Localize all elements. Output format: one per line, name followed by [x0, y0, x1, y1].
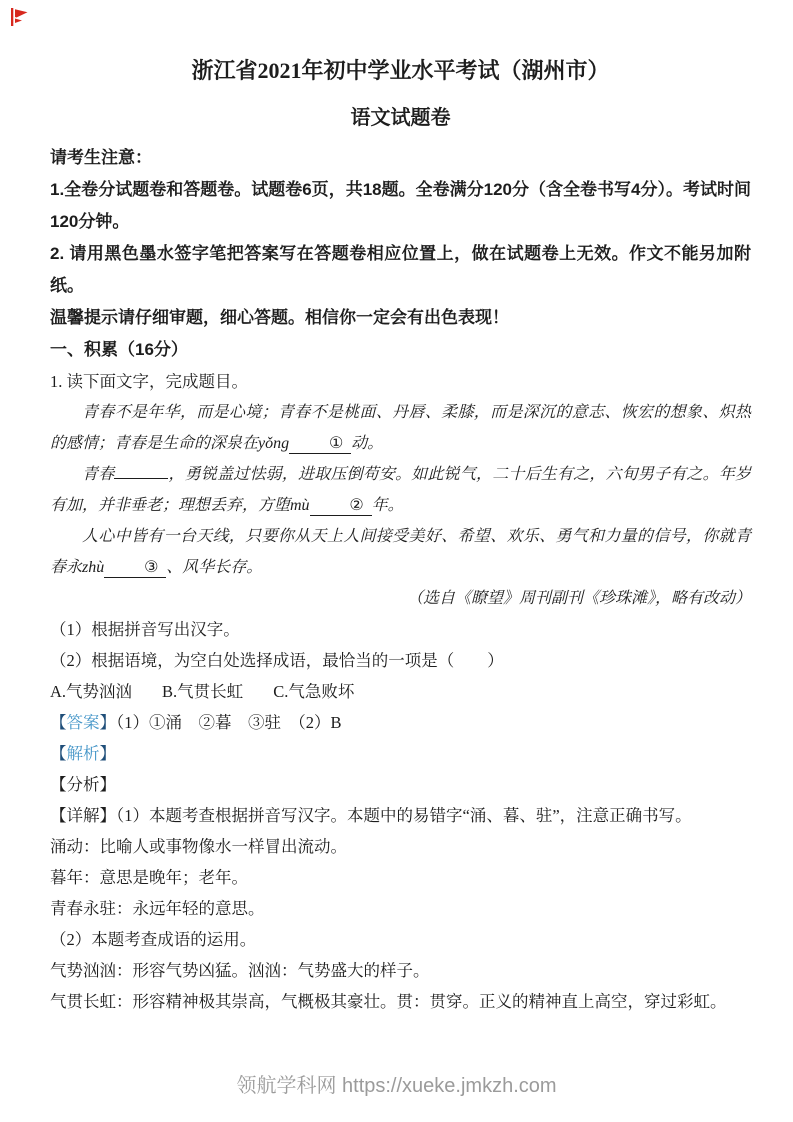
answer-line: 【答案】（1）①涌 ②暮 ③驻 （2）B — [50, 707, 751, 738]
sub-question-2: （2）根据语境，为空白处选择成语，最恰当的一项是（ ） — [50, 645, 751, 676]
sub-question-1: （1）根据拼音写出汉字。 — [50, 614, 751, 645]
answer-label: 答案 — [67, 713, 100, 732]
pinyin-blank-3: ③ — [104, 559, 166, 578]
gloss-munian: 暮年：意思是晚年；老年。 — [50, 862, 751, 893]
section-heading: 一、积累（16分） — [50, 334, 751, 366]
passage-paragraph-2: 青春，勇锐盖过怯弱，进取压倒苟安。如此锐气，二十后生有之，六旬男子有之。年岁有加… — [50, 459, 751, 521]
document-content: 浙江省2021年初中学业水平考试（湖州市） 语文试题卷 请考生注意： 1.全卷分… — [0, 0, 793, 1017]
detail-explain-1: 【详解】（1）本题考查根据拼音写汉字。本题中的易错字“涌、暮、驻”，注意正确书写… — [50, 800, 751, 831]
option-b: B.气贯长虹 — [162, 682, 243, 701]
analysis-label: 解析 — [67, 744, 100, 763]
gloss-qingchunyongzhu: 青春永驻：永远年轻的意思。 — [50, 893, 751, 924]
passage-source: （选自《瞭望》周刊副刊《珍珠滩》，略有改动） — [50, 583, 751, 614]
question-1-intro: 1. 读下面文字，完成题目。 — [50, 366, 751, 397]
site-watermark: 领航学科网 https://xueke.jmkzh.com — [0, 1069, 793, 1098]
gloss-qishixiongxiong: 气势汹汹：形容气势凶猛。汹汹：气势盛大的样子。 — [50, 955, 751, 986]
notice-tip: 温馨提示请仔细审题，细心答题。相信你一定会有出色表现！ — [50, 302, 751, 334]
notice-item-2: 2. 请用黑色墨水签字笔把答案写在答题卷相应位置上，做在试题卷上无效。作文不能另… — [50, 238, 751, 302]
gloss-qiguanchanghong: 气贯长虹：形容精神极其崇高，气概极其豪壮。贯：贯穿。正义的精神直上高空，穿过彩虹… — [50, 986, 751, 1017]
pinyin-blank-1: ① — [289, 435, 351, 454]
paper-subtitle: 语文试题卷 — [50, 104, 751, 132]
passage-p3-tail: 、风华长存。 — [166, 559, 262, 576]
answer-content: （1）①涌 ②暮 ③驻 （2）B — [116, 713, 342, 732]
answer-bracket-left: 【 — [50, 713, 67, 732]
passage-p2-head: 青春 — [82, 466, 114, 483]
notice-heading: 请考生注意： — [50, 142, 751, 174]
fenxi-label-line: 【分析】 — [50, 769, 751, 800]
analysis-bracket-left: 【 — [50, 744, 67, 763]
option-a: A.气势汹汹 — [50, 682, 132, 701]
passage-p1-tail: 动。 — [351, 435, 383, 452]
passage-p1-text: 青春不是年华，而是心境；青春不是桃面、丹唇、柔膝，而是深沉的意志、恢宏的想象、炽… — [50, 404, 751, 452]
option-c: C.气急败坏 — [273, 682, 354, 701]
option-list: A.气势汹汹B.气贯长虹C.气急败坏 — [50, 676, 751, 707]
idiom-blank — [114, 478, 168, 479]
exam-title: 浙江省2021年初中学业水平考试（湖州市） — [50, 56, 751, 86]
passage-paragraph-1: 青春不是年华，而是心境；青春不是桃面、丹唇、柔膝，而是深沉的意志、恢宏的想象、炽… — [50, 397, 751, 459]
pinyin-blank-2: ② — [310, 497, 372, 516]
notice-item-1: 1.全卷分试题卷和答题卷。试题卷6页，共18题。全卷满分120分（含全卷书写4分… — [50, 174, 751, 238]
answer-bracket-right: 】 — [100, 713, 117, 732]
site-logo-icon — [8, 6, 30, 28]
gloss-yongdong: 涌动：比喻人或事物像水一样冒出流动。 — [50, 831, 751, 862]
analysis-label-line: 【解析】 — [50, 738, 751, 769]
passage-paragraph-3: 人心中皆有一台天线，只要你从天上人间接受美好、希望、欢乐、勇气和力量的信号，你就… — [50, 521, 751, 583]
detail-explain-2: （2）本题考查成语的运用。 — [50, 924, 751, 955]
passage-p2-tail: 年。 — [372, 497, 404, 514]
exam-paper-page: 浙江省2021年初中学业水平考试（湖州市） 语文试题卷 请考生注意： 1.全卷分… — [0, 0, 793, 1122]
analysis-bracket-right: 】 — [100, 744, 117, 763]
